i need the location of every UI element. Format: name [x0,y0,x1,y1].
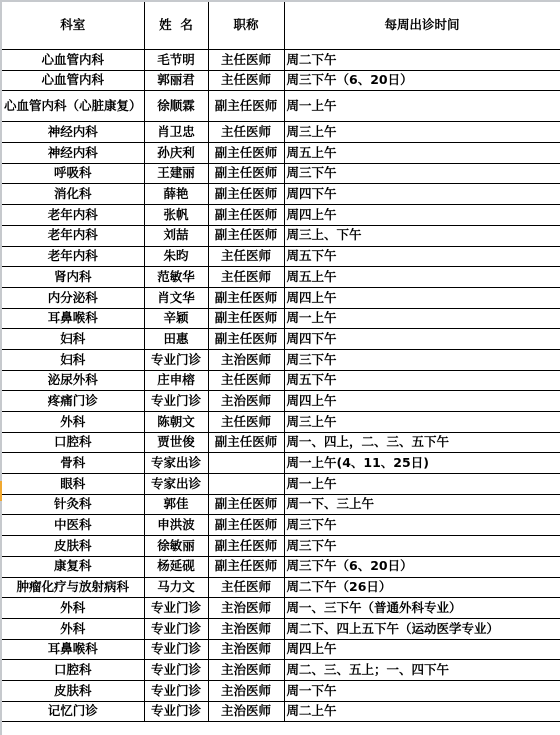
cell-time[interactable]: 周三下午（6、20日） [284,70,560,91]
cell-name[interactable]: 郭佳 [144,494,208,515]
cell-title[interactable] [208,474,284,495]
header-title[interactable]: 职称 [208,2,284,50]
cell-time[interactable]: 周三上午 [284,412,560,433]
table-row: 泌尿外科庄申榕主任医师周五下午 [2,370,560,391]
cell-name[interactable]: 专业门诊 [144,660,208,681]
table-row: 老年内科张帆副主任医师周四上午 [2,205,560,226]
table-row: 皮肤科徐敏丽副主任医师周三下午 [2,536,560,557]
cell-name[interactable]: 专业门诊 [144,349,208,370]
cell-title[interactable]: 主任医师 [208,412,284,433]
cell-dept[interactable]: 外科 [2,598,144,619]
cell-title[interactable]: 副主任医师 [208,205,284,226]
cell-title[interactable]: 主治医师 [208,391,284,412]
cell-time[interactable]: 周五上午 [284,143,560,164]
cell-time[interactable]: 周五上午 [284,267,560,288]
cell-time[interactable]: 周二下午（26日） [284,577,560,598]
cell-dept[interactable]: 皮肤科 [2,680,144,701]
cell-name[interactable]: 薛艳 [144,184,208,205]
cell-dept[interactable]: 老年内科 [2,246,144,267]
cell-dept[interactable]: 老年内科 [2,205,144,226]
cell-time[interactable]: 周四下午 [284,329,560,350]
cell-time[interactable]: 周一上午 [284,308,560,329]
cell-name[interactable]: 专家出诊 [144,474,208,495]
cell-time[interactable]: 周三下午 [284,349,560,370]
cell-time[interactable]: 周三下午 [284,536,560,557]
table-row: 妇科田惠副主任医师周四下午 [2,329,560,350]
cell-dept[interactable]: 妇科 [2,349,144,370]
cell-name[interactable]: 辛颖 [144,308,208,329]
cell-title[interactable]: 副主任医师 [208,143,284,164]
cell-dept[interactable]: 中医科 [2,515,144,536]
table-row: 耳鼻喉科专业门诊主治医师周四上午 [2,639,560,660]
table-row: 心血管内科郭丽君主任医师周三下午（6、20日） [2,70,560,91]
cell-dept[interactable]: 内分泌科 [2,287,144,308]
cell-name[interactable]: 徐顺霖 [144,91,208,122]
table-row: 神经内科孙庆利副主任医师周五上午 [2,143,560,164]
cell-dept[interactable]: 眼科 [2,474,144,495]
cell-title[interactable]: 主治医师 [208,701,284,722]
table-row: 口腔科专业门诊主治医师周二、三、五上；一、四下午 [2,660,560,681]
cell-name[interactable]: 肖文华 [144,287,208,308]
cell-title[interactable]: 副主任医师 [208,287,284,308]
header-name[interactable]: 姓 名 [144,2,208,50]
cell-dept[interactable]: 疼痛门诊 [2,391,144,412]
cell-title[interactable]: 主治医师 [208,660,284,681]
cell-name[interactable]: 马力文 [144,577,208,598]
table-row: 耳鼻喉科辛颖副主任医师周一上午 [2,308,560,329]
cell-name[interactable]: 贾世俊 [144,432,208,453]
cell-dept[interactable]: 口腔科 [2,660,144,681]
table-row: 神经内科肖卫忠主任医师周三上午 [2,122,560,143]
table-row: 中医科申洪波副主任医师周三下午 [2,515,560,536]
table-row: 针灸科郭佳副主任医师周一下、三上午 [2,494,560,515]
cell-title[interactable]: 副主任医师 [208,536,284,557]
cell-title[interactable]: 副主任医师 [208,91,284,122]
cell-time[interactable]: 周二、三、五上；一、四下午 [284,660,560,681]
cell-name[interactable]: 陈朝文 [144,412,208,433]
header-time[interactable]: 每周出诊时间 [284,2,560,50]
table-row: 骨科专家出诊周一上午(4、11、25日) [2,453,560,474]
cell-dept[interactable]: 心血管内科 [2,70,144,91]
cell-name[interactable]: 范敏华 [144,267,208,288]
table-row: 老年内科朱昀主任医师周五下午 [2,246,560,267]
cell-dept[interactable]: 消化科 [2,184,144,205]
cell-title[interactable]: 主治医师 [208,598,284,619]
cell-title[interactable]: 副主任医师 [208,432,284,453]
cell-name[interactable]: 专家出诊 [144,453,208,474]
cell-dept[interactable]: 泌尿外科 [2,370,144,391]
header-dept[interactable]: 科室 [2,2,144,50]
cell-time[interactable]: 周一下午 [284,680,560,701]
table-row: 心血管内科（心脏康复）徐顺霖副主任医师周一上午 [2,91,560,122]
cell-dept[interactable]: 肾内科 [2,267,144,288]
table-row: 心血管内科毛节明主任医师周二下午 [2,50,560,71]
cell-time[interactable]: 周四下午 [284,184,560,205]
cell-title[interactable] [208,453,284,474]
cell-name[interactable]: 庄申榕 [144,370,208,391]
cell-name[interactable]: 孙庆利 [144,143,208,164]
cell-dept[interactable]: 老年内科 [2,225,144,246]
cell-title[interactable]: 主任医师 [208,246,284,267]
cell-name[interactable]: 专业门诊 [144,639,208,660]
cell-name[interactable]: 田惠 [144,329,208,350]
table-row: 记忆门诊专业门诊主治医师周二上午 [2,701,560,722]
cell-name[interactable]: 毛节明 [144,50,208,71]
cell-time[interactable]: 周三上、下午 [284,225,560,246]
cell-dept[interactable]: 耳鼻喉科 [2,308,144,329]
cell-dept[interactable]: 记忆门诊 [2,701,144,722]
cell-name[interactable]: 申洪波 [144,515,208,536]
cell-title[interactable]: 主治医师 [208,639,284,660]
table-row: 康复科杨延砚副主任医师周三下午（6、20日） [2,556,560,577]
cell-time[interactable]: 周一上午(4、11、25日) [284,453,560,474]
cell-name[interactable]: 专业门诊 [144,598,208,619]
cell-name[interactable]: 专业门诊 [144,680,208,701]
cell-time[interactable]: 周二下、四上五下午（运动医学专业） [284,618,560,639]
cell-title[interactable]: 主治医师 [208,680,284,701]
cell-time[interactable]: 周二上午 [284,701,560,722]
cell-title[interactable]: 副主任医师 [208,184,284,205]
table-row: 口腔科贾世俊副主任医师周一、四上，二、三、五下午 [2,432,560,453]
cell-time[interactable]: 周五下午 [284,370,560,391]
cell-title[interactable]: 主任医师 [208,370,284,391]
table-row: 肿瘤化疗与放射病科马力文主任医师周二下午（26日） [2,577,560,598]
table-row: 眼科专家出诊周一上午 [2,474,560,495]
cell-name[interactable]: 郭丽君 [144,70,208,91]
cell-dept[interactable]: 针灸科 [2,494,144,515]
cell-time[interactable]: 周三下午 [284,163,560,184]
cell-dept[interactable]: 神经内科 [2,143,144,164]
cell-time[interactable]: 周一、三下午（普通外科专业） [284,598,560,619]
table-row: 疼痛门诊专业门诊主治医师周四上午 [2,391,560,412]
cell-name[interactable]: 杨延砚 [144,556,208,577]
cell-name[interactable]: 专业门诊 [144,391,208,412]
table-row: 呼吸科王建丽副主任医师周三下午 [2,163,560,184]
cell-title[interactable]: 副主任医师 [208,556,284,577]
cell-title[interactable]: 主治医师 [208,618,284,639]
cell-time[interactable]: 周一、四上，二、三、五下午 [284,432,560,453]
cell-dept[interactable]: 肿瘤化疗与放射病科 [2,577,144,598]
table-row: 老年内科刘喆副主任医师周三上、下午 [2,225,560,246]
cell-name[interactable]: 专业门诊 [144,701,208,722]
cell-name[interactable]: 王建丽 [144,163,208,184]
cell-time[interactable]: 周四上午 [284,391,560,412]
cell-time[interactable]: 周三下午 [284,515,560,536]
cell-time[interactable]: 周五下午 [284,246,560,267]
cell-time[interactable]: 周三下午（6、20日） [284,556,560,577]
cell-title[interactable]: 副主任医师 [208,163,284,184]
table-row: 肾内科范敏华主任医师周五上午 [2,267,560,288]
cell-name[interactable]: 徐敏丽 [144,536,208,557]
cell-time[interactable]: 周二下午 [284,50,560,71]
table-row: 外科专业门诊主治医师周二下、四上五下午（运动医学专业） [2,618,560,639]
cell-title[interactable]: 副主任医师 [208,308,284,329]
clinic-schedule-table: 科室 姓 名 职称 每周出诊时间 心血管内科毛节明主任医师周二下午心血管内科郭丽… [2,2,560,722]
table-row: 外科陈朝文主任医师周三上午 [2,412,560,433]
cell-time[interactable]: 周一上午 [284,474,560,495]
cell-dept[interactable]: 呼吸科 [2,163,144,184]
cell-time[interactable]: 周三上午 [284,122,560,143]
cell-dept[interactable]: 妇科 [2,329,144,350]
cell-dept[interactable]: 外科 [2,618,144,639]
cell-dept[interactable]: 康复科 [2,556,144,577]
table-row: 皮肤科专业门诊主治医师周一下午 [2,680,560,701]
cell-title[interactable]: 主任医师 [208,577,284,598]
cell-dept[interactable]: 心血管内科 [2,50,144,71]
cell-time[interactable]: 周四上午 [284,287,560,308]
cell-name[interactable]: 刘喆 [144,225,208,246]
cell-title[interactable]: 副主任医师 [208,329,284,350]
cell-name[interactable]: 朱昀 [144,246,208,267]
cell-name[interactable]: 肖卫忠 [144,122,208,143]
cell-dept[interactable]: 口腔科 [2,432,144,453]
cell-time[interactable]: 周四上午 [284,639,560,660]
cell-title[interactable]: 副主任医师 [208,515,284,536]
cell-title[interactable]: 副主任医师 [208,494,284,515]
cell-name[interactable]: 张帆 [144,205,208,226]
cell-dept[interactable]: 心血管内科（心脏康复） [2,91,144,122]
cell-time[interactable]: 周一下、三上午 [284,494,560,515]
cell-title[interactable]: 副主任医师 [208,225,284,246]
table-row: 内分泌科肖文华副主任医师周四上午 [2,287,560,308]
cell-time[interactable]: 周一上午 [284,91,560,122]
table-row: 消化科薛艳副主任医师周四下午 [2,184,560,205]
header-row: 科室 姓 名 职称 每周出诊时间 [2,2,560,50]
cell-dept[interactable]: 耳鼻喉科 [2,639,144,660]
table-row: 外科专业门诊主治医师周一、三下午（普通外科专业） [2,598,560,619]
cell-title[interactable]: 主任医师 [208,122,284,143]
cell-dept[interactable]: 神经内科 [2,122,144,143]
cell-dept[interactable]: 皮肤科 [2,536,144,557]
cell-dept[interactable]: 外科 [2,412,144,433]
cell-title[interactable]: 主治医师 [208,349,284,370]
cell-dept[interactable]: 骨科 [2,453,144,474]
cell-time[interactable]: 周四上午 [284,205,560,226]
table-row: 妇科专业门诊主治医师周三下午 [2,349,560,370]
cell-name[interactable]: 专业门诊 [144,618,208,639]
cell-title[interactable]: 主任医师 [208,70,284,91]
cell-title[interactable]: 主任医师 [208,267,284,288]
cell-title[interactable]: 主任医师 [208,50,284,71]
